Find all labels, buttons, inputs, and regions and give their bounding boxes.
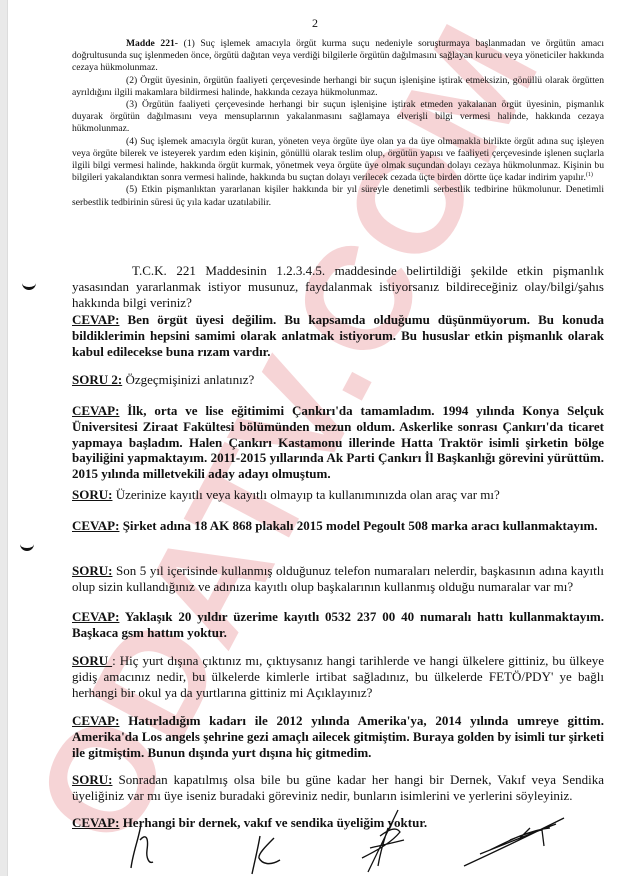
law-article-text: Madde 221- (1) Suç işlemek amacıyla örgü… — [72, 38, 604, 209]
signature-icon — [348, 808, 418, 876]
intro-question: T.C.K. 221 Maddesinin 1.2.3.4.5. maddesi… — [72, 263, 604, 310]
law-heading: Madde 221- — [126, 38, 178, 49]
question-5: SORU : Hiç yurt dışına çıktınız mı, çıkt… — [72, 653, 604, 700]
question-3: SORU: Üzerinize kayıtlı veya kayıtlı olm… — [72, 487, 604, 503]
signature-icon — [127, 822, 167, 876]
signature-icon — [250, 834, 286, 876]
answer-4: CEVAP: Yaklaşık 20 yıldır üzerime kayıtl… — [72, 609, 604, 641]
question-label: SORU: — [72, 487, 112, 502]
law-paragraph-1: Madde 221- (1) Suç işlemek amacıyla örgü… — [72, 38, 604, 75]
answer-text: Hatırladığım kadarı ile 2012 yılında Ame… — [72, 713, 604, 760]
binder-hole-mark — [20, 541, 34, 551]
signature-area — [72, 822, 632, 876]
answer-text: Şirket adına 18 AK 868 plakalı 2015 mode… — [119, 518, 597, 533]
law-paragraph-4: (4) Suç işlemek amacıyla örgüt kuran, yö… — [72, 136, 604, 185]
answer-label: CEVAP: — [72, 713, 119, 728]
question-label: SORU: — [72, 772, 112, 787]
question-text: Üzerinize kayıtlı veya kayıtlı olmayıp t… — [112, 487, 499, 502]
answer-5: CEVAP: Hatırladığım kadarı ile 2012 yılı… — [72, 713, 604, 760]
answer-text: İlk, orta ve lise eğitimimi Çankırı'da t… — [72, 403, 604, 481]
answer-1: CEVAP: Ben örgüt üyesi değilim. Bu kapsa… — [72, 312, 604, 359]
answer-text: Ben örgüt üyesi değilim. Bu kapsamda old… — [72, 312, 604, 359]
scan-left-edge — [0, 0, 8, 876]
question-label: SORU — [72, 653, 112, 668]
law-paragraph-5: (5) Etkin pişmanlıktan yararlanan kişile… — [72, 184, 604, 208]
question-4: SORU: Son 5 yıl içerisinde kullanmış old… — [72, 563, 604, 595]
question-label: SORU 2: — [72, 372, 122, 387]
footnote-mark: (1) — [586, 172, 593, 178]
page-number: 2 — [305, 16, 325, 31]
signature-icon — [460, 810, 570, 870]
question-text: Özgeçmişinizi anlatınız? — [122, 372, 254, 387]
answer-3: CEVAP: Şirket adına 18 AK 868 plakalı 20… — [72, 518, 604, 534]
binder-hole-mark — [22, 280, 36, 290]
question-label: SORU: — [72, 563, 112, 578]
question-6: SORU: Sonradan kapatılmış olsa bile bu g… — [72, 772, 604, 804]
answer-label: CEVAP: — [72, 312, 119, 327]
answer-2: CEVAP: İlk, orta ve lise eğitimimi Çankı… — [72, 403, 604, 482]
question-text: Sonradan kapatılmış olsa bile bu güne ka… — [72, 772, 604, 803]
answer-label: CEVAP: — [72, 518, 119, 533]
law-paragraph-2: (2) Örgüt üyesinin, örgütün faaliyeti çe… — [72, 75, 604, 99]
question-text: Son 5 yıl içerisinde kullanmış olduğunuz… — [72, 563, 604, 594]
question-text: : Hiç yurt dışına çıktınız mı, çıktıysan… — [72, 653, 604, 700]
answer-label: CEVAP: — [72, 609, 119, 624]
question-2: SORU 2: Özgeçmişinizi anlatınız? — [72, 372, 604, 388]
law-paragraph-3: (3) Örgütün faaliyeti çerçevesinde herha… — [72, 99, 604, 136]
answer-label: CEVAP: — [72, 403, 119, 418]
answer-text: Yaklaşık 20 yıldır üzerime kayıtlı 0532 … — [72, 609, 604, 640]
